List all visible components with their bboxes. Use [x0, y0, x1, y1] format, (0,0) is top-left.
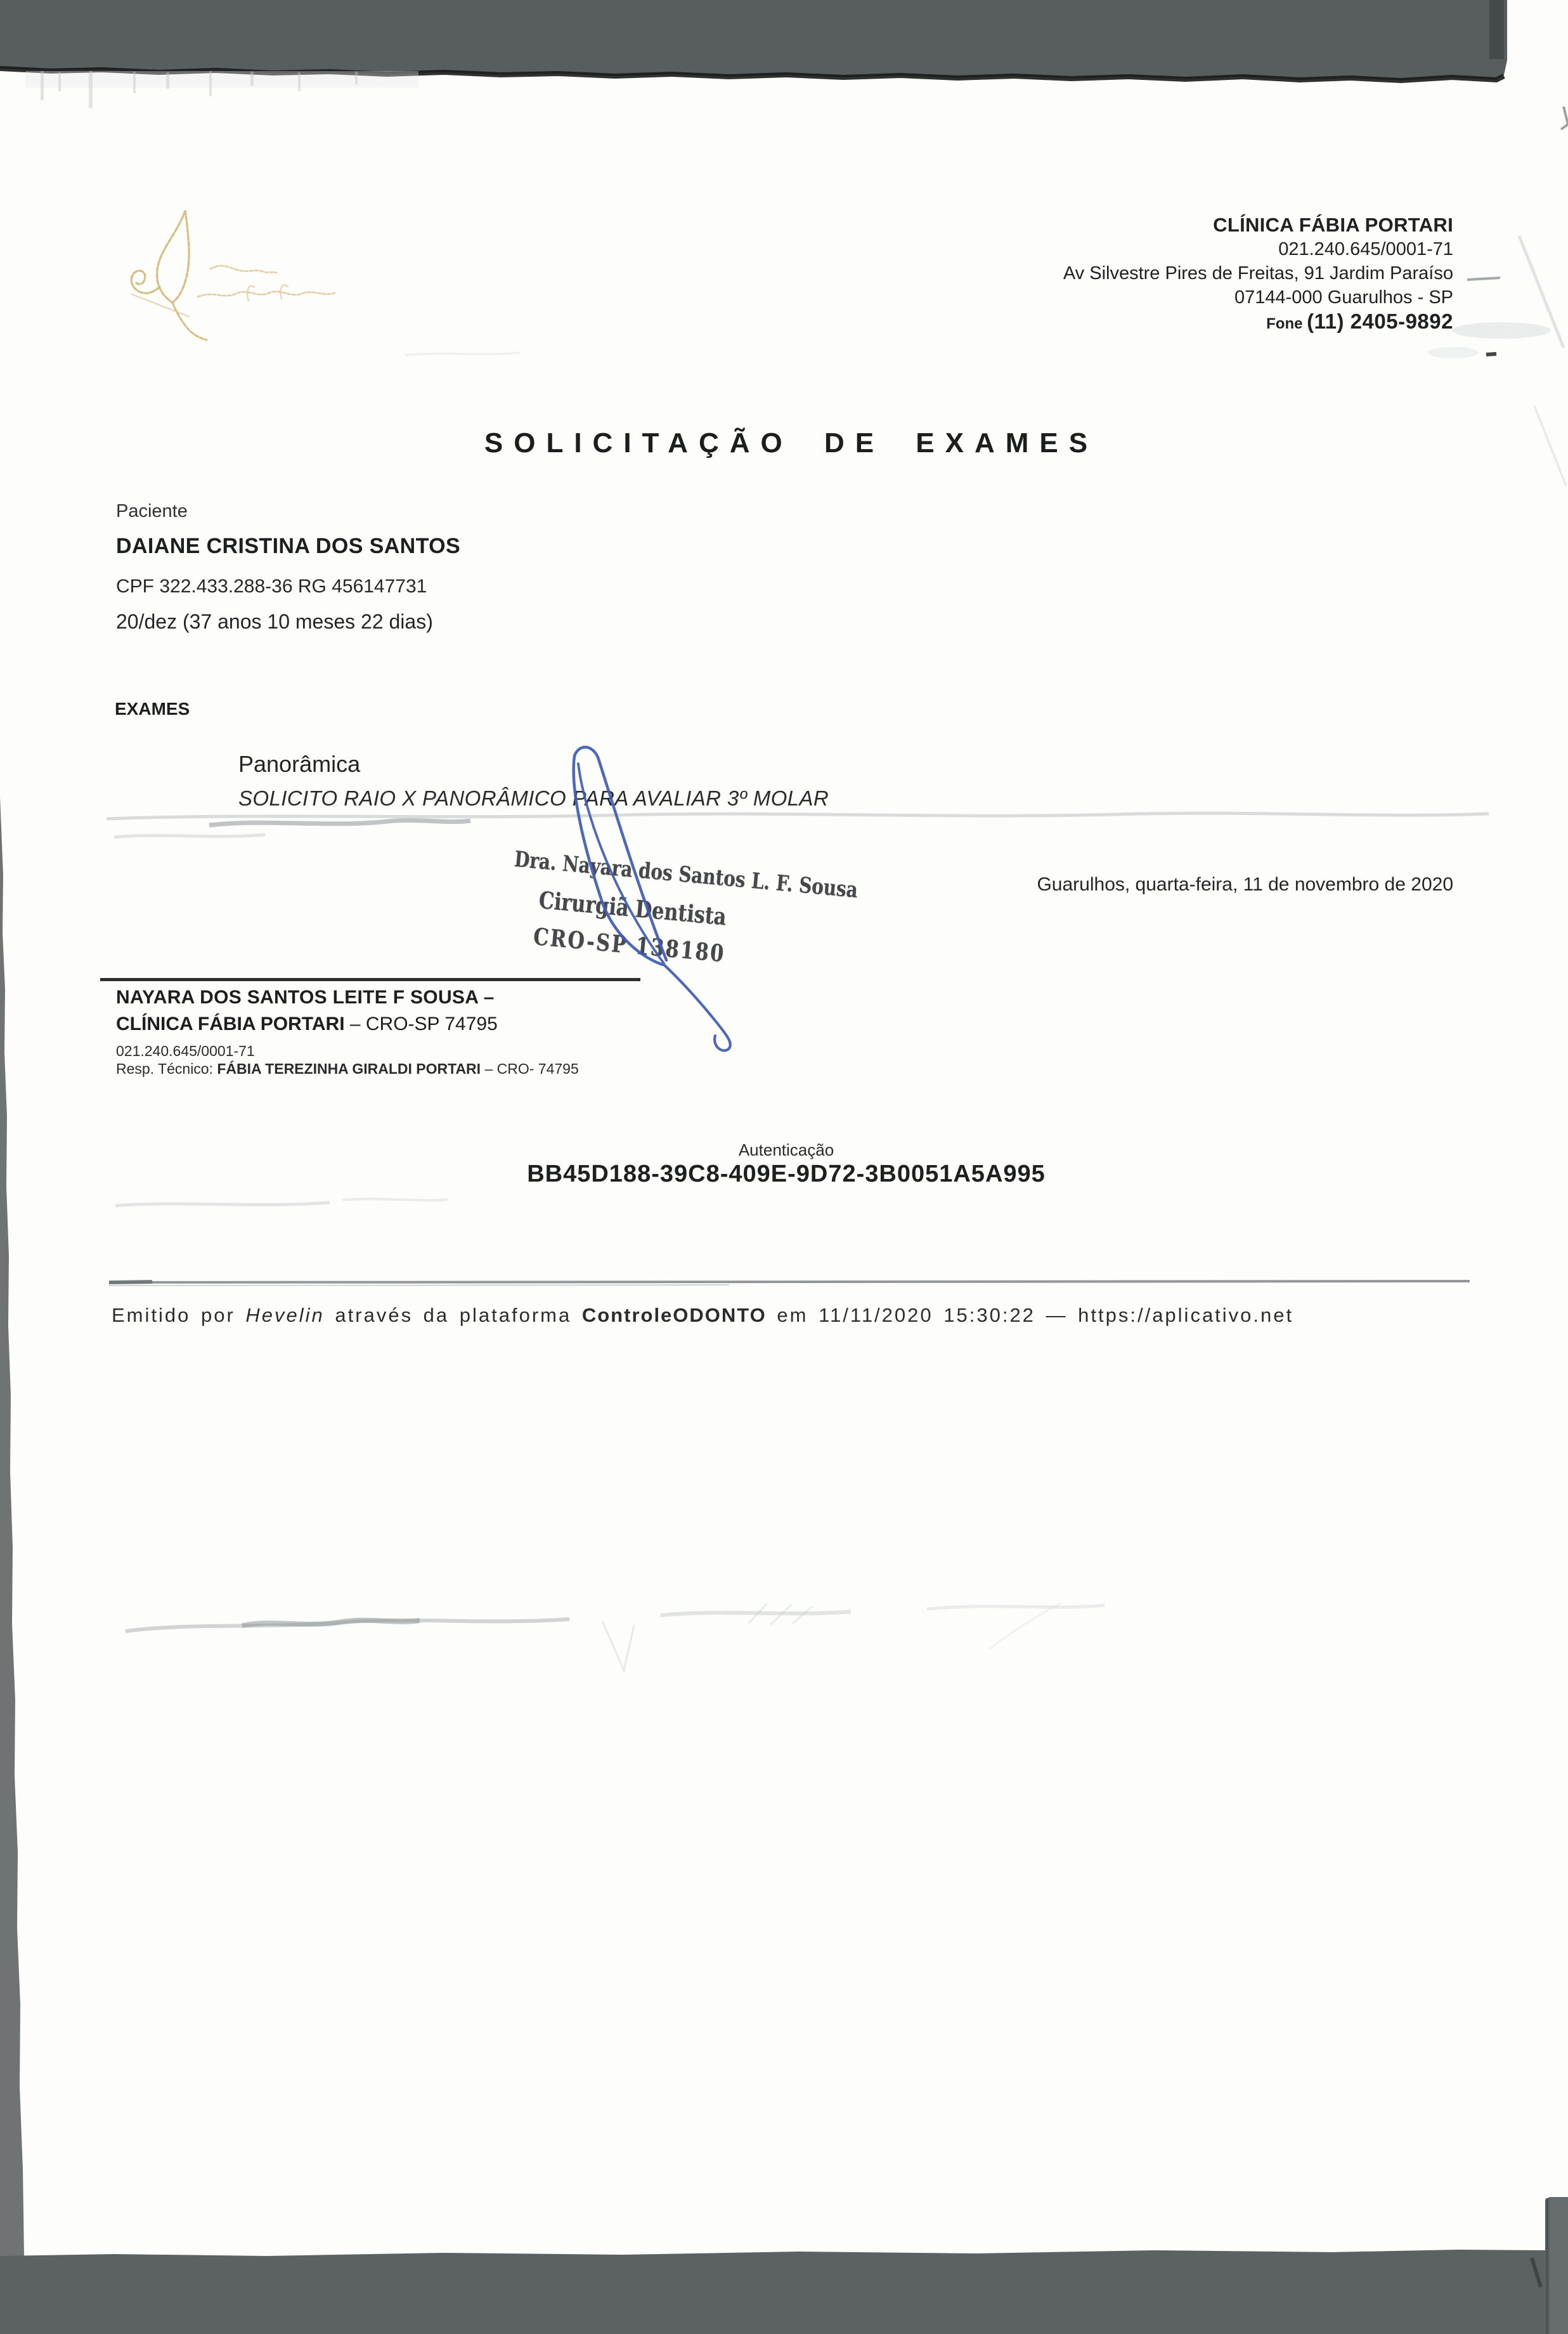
footer-post: em 11/11/2020 15:30:22 — https://aplicat… — [767, 1304, 1293, 1326]
professional-clinic-line: CLÍNICA FÁBIA PORTARI – CRO-SP 74795 — [116, 1014, 498, 1035]
city-date-line: Guarulhos, quarta-feira, 11 de novembro … — [1037, 874, 1453, 896]
crease-band-middle — [107, 813, 1489, 837]
clinic-cnpj: 021.240.645/0001-71 — [1063, 237, 1453, 261]
patient-name: DAIANE CRISTINA DOS SANTOS — [116, 534, 460, 559]
footer-separator — [109, 1281, 1470, 1286]
authentication-label: Autenticação — [739, 1140, 834, 1160]
phone-number: (11) 2405-9892 — [1307, 310, 1453, 333]
professional-clinic-bold: CLÍNICA FÁBIA PORTARI — [116, 1014, 345, 1034]
clinic-address: Av Silvestre Pires de Freitas, 91 Jardim… — [1063, 261, 1453, 285]
page-title: SOLICITAÇÃO DE EXAMES — [484, 427, 1098, 459]
responsible-technician-line: Resp. Técnico: FÁBIA TEREZINHA GIRALDI P… — [116, 1060, 579, 1078]
scanner-top-band — [0, 0, 1568, 129]
clinic-phone: Fone (11) 2405-9892 — [1063, 310, 1453, 336]
dentist-stamp: Dra. Nayara dos Santos L. F. Sousa Cirur… — [479, 837, 786, 977]
phone-label: Fone — [1266, 315, 1307, 332]
footer-platform: ControleODONTO — [582, 1304, 767, 1326]
clinic-header: CLÍNICA FÁBIA PORTARI 021.240.645/0001-7… — [1063, 213, 1453, 336]
resp-name: FÁBIA TEREZINHA GIRALDI PORTARI — [217, 1060, 481, 1077]
clinic-city: 07144-000 Guarulhos - SP — [1063, 285, 1453, 310]
professional-cnpj: 021.240.645/0001-71 — [116, 1043, 255, 1060]
footer-mid: através da plataforma — [325, 1304, 582, 1326]
patient-birth-line: 20/dez (37 anos 10 meses 22 dias) — [116, 610, 433, 634]
footer-user: Hevelin — [245, 1304, 324, 1326]
scanner-bottom-band — [0, 2197, 1568, 2334]
exams-section-label: EXAMES — [115, 699, 190, 719]
footer-emitted-line: Emitido por Hevelin através da plataform… — [112, 1304, 1293, 1327]
professional-clinic-rest: – CRO-SP 74795 — [345, 1014, 498, 1034]
scanned-document-page: CLÍNICA FÁBIA PORTARI 021.240.645/0001-7… — [0, 0, 1568, 2334]
professional-name-line: NAYARA DOS SANTOS LEITE F SOUSA – — [116, 987, 495, 1008]
exam-name: Panorâmica — [238, 751, 360, 778]
exam-note: SOLICITO RAIO X PANORÂMICO PARA AVALIAR … — [238, 786, 829, 811]
patient-section-label: Paciente — [116, 501, 188, 522]
resp-rest: – CRO- 74795 — [481, 1060, 579, 1077]
patient-cpf-rg: CPF 322.433.288-36 RG 456147731 — [116, 576, 427, 597]
resp-label: Resp. Técnico: — [116, 1060, 217, 1077]
signature-line — [100, 978, 640, 981]
paper-left-edge — [0, 797, 24, 2256]
footer-pre: Emitido por — [112, 1304, 245, 1326]
crease-marks-auth — [115, 1199, 448, 1206]
clinic-logo — [131, 211, 335, 340]
clinic-name: CLÍNICA FÁBIA PORTARI — [1063, 213, 1453, 237]
crease-band-lower — [126, 1603, 1105, 1671]
authentication-code: BB45D188-39C8-409E-9D72-3B0051A5A995 — [527, 1161, 1046, 1188]
